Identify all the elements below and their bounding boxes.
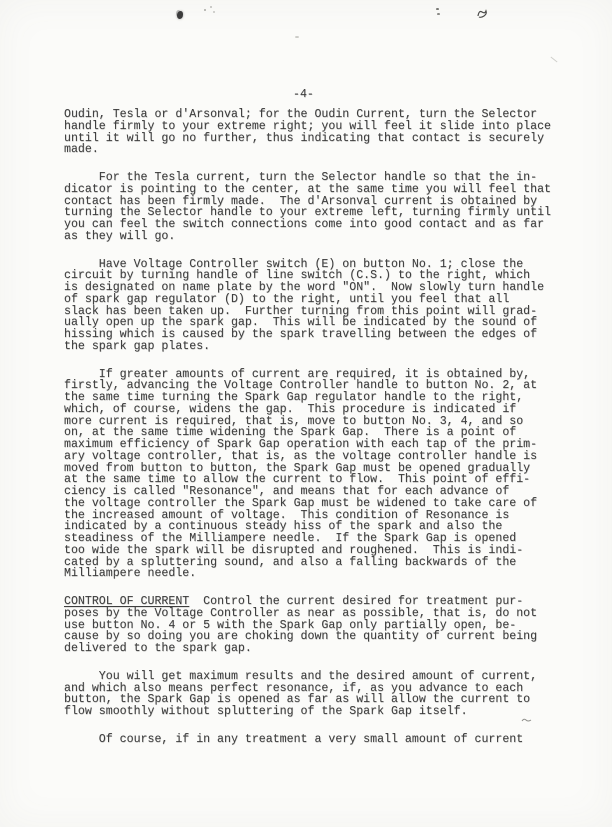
ink-speck-dot	[210, 6, 212, 8]
paragraph-voltage-controller-switch: Have Voltage Controller switch (E) on bu…	[64, 259, 564, 353]
section-control-of-current: CONTROL OF CURRENT Control the current d…	[64, 596, 564, 655]
paragraph-of-course: Of course, if in any treatment a very sm…	[64, 734, 564, 746]
scanned-document-page: -4- Oudin, Tesla or d'Arsonval; for the …	[0, 0, 612, 827]
page-number: -4-	[293, 88, 314, 101]
paragraph-resonance: If greater amounts of current are requir…	[64, 369, 564, 581]
paragraph-selector-oudin: Oudin, Tesla or d'Arsonval; for the Oudi…	[64, 109, 564, 156]
paragraph-maximum-results: You will get maximum results and the des…	[64, 671, 564, 718]
ink-speck-blob	[177, 11, 183, 19]
ink-speck-squiggle	[476, 6, 489, 24]
body-text: Oudin, Tesla or d'Arsonval; for the Oudi…	[64, 109, 564, 746]
ink-speck-dot	[213, 11, 215, 13]
ink-speck-faint	[295, 36, 299, 38]
ink-speck-faint	[551, 57, 558, 63]
ink-speck-mark	[437, 13, 440, 15]
paragraph-tesla-darsonval: For the Tesla current, turn the Selector…	[64, 172, 564, 243]
ink-speck-dot	[204, 9, 206, 11]
ink-speck-mark	[436, 8, 439, 10]
